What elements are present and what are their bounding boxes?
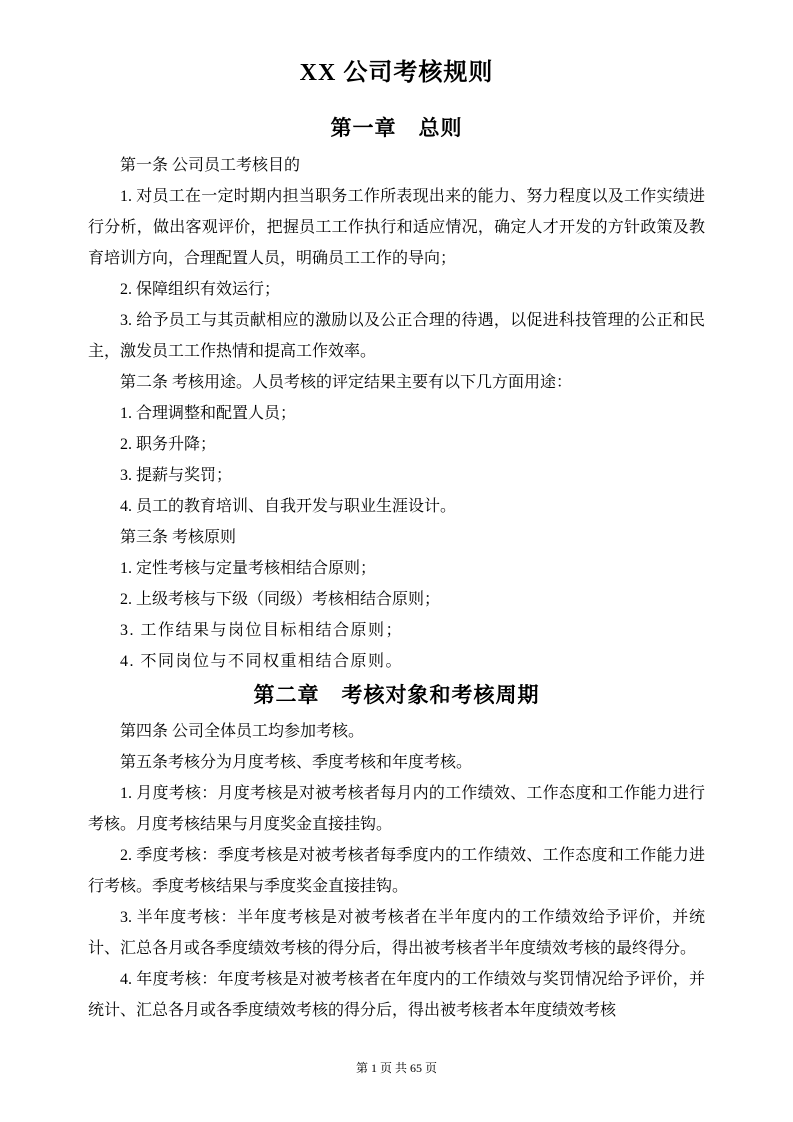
paragraph: 1. 月度考核：月度考核是对被考核者每月内的工作绩效、工作态度和工作能力进行考核… — [88, 778, 705, 840]
paragraph: 3. 半年度考核：半年度考核是对被考核者在半年度内的工作绩效给予评价，并统计、汇… — [88, 902, 705, 964]
document-content: XX 公司考核规则 第一章 总则 第一条 公司员工考核目的 1. 对员工在一定时… — [88, 0, 705, 1026]
page-number-footer: 第 1 页 共 65 页 — [0, 1060, 793, 1076]
paragraph: 3. 提薪与奖罚； — [88, 460, 705, 491]
chapter-1-heading: 第一章 总则 — [88, 114, 705, 142]
document-title-text: XX 公司考核规则 — [300, 60, 494, 86]
paragraph: 2. 上级考核与下级（同级）考核相结合原则； — [88, 584, 705, 615]
paragraph: 4. 员工的教育培训、自我开发与职业生涯设计。 — [88, 491, 705, 522]
paragraph: 第三条 考核原则 — [88, 522, 705, 553]
paragraph: 2. 保障组织有效运行； — [88, 274, 705, 305]
paragraph: 2. 职务升降； — [88, 429, 705, 460]
paragraph: 第五条考核分为月度考核、季度考核和年度考核。 — [88, 747, 705, 778]
paragraph: 3. 工作结果与岗位目标相结合原则； — [88, 615, 705, 646]
chapter-2-heading: 第二章 考核对象和考核周期 — [88, 681, 705, 709]
paragraph: 4. 年度考核：年度考核是对被考核者在年度内的工作绩效与奖罚情况给予评价，并统计… — [88, 964, 705, 1026]
section-chapter-1: 第一章 总则 第一条 公司员工考核目的 1. 对员工在一定时期内担当职务工作所表… — [88, 114, 705, 677]
paragraph: 2. 季度考核：季度考核是对被考核者每季度内的工作绩效、工作态度和工作能力进行考… — [88, 840, 705, 902]
paragraph: 1. 对员工在一定时期内担当职务工作所表现出来的能力、努力程度以及工作实绩进行分… — [88, 181, 705, 274]
paragraph: 第四条 公司全体员工均参加考核。 — [88, 716, 705, 747]
paragraph: 3. 给予员工与其贡献相应的激励以及公正合理的待遇，以促进科技管理的公正和民主，… — [88, 305, 705, 367]
paragraph: 1. 定性考核与定量考核相结合原则； — [88, 553, 705, 584]
document-title: XX 公司考核规则 — [88, 56, 705, 90]
section-chapter-2: 第二章 考核对象和考核周期 第四条 公司全体员工均参加考核。 第五条考核分为月度… — [88, 681, 705, 1026]
paragraph: 1. 合理调整和配置人员； — [88, 398, 705, 429]
paragraph: 4. 不同岗位与不同权重相结合原则。 — [88, 646, 705, 677]
paragraph: 第二条 考核用途。人员考核的评定结果主要有以下几方面用途： — [88, 367, 705, 398]
paragraph: 第一条 公司员工考核目的 — [88, 150, 705, 181]
document-page: XX 公司考核规则 第一章 总则 第一条 公司员工考核目的 1. 对员工在一定时… — [0, 0, 793, 1122]
